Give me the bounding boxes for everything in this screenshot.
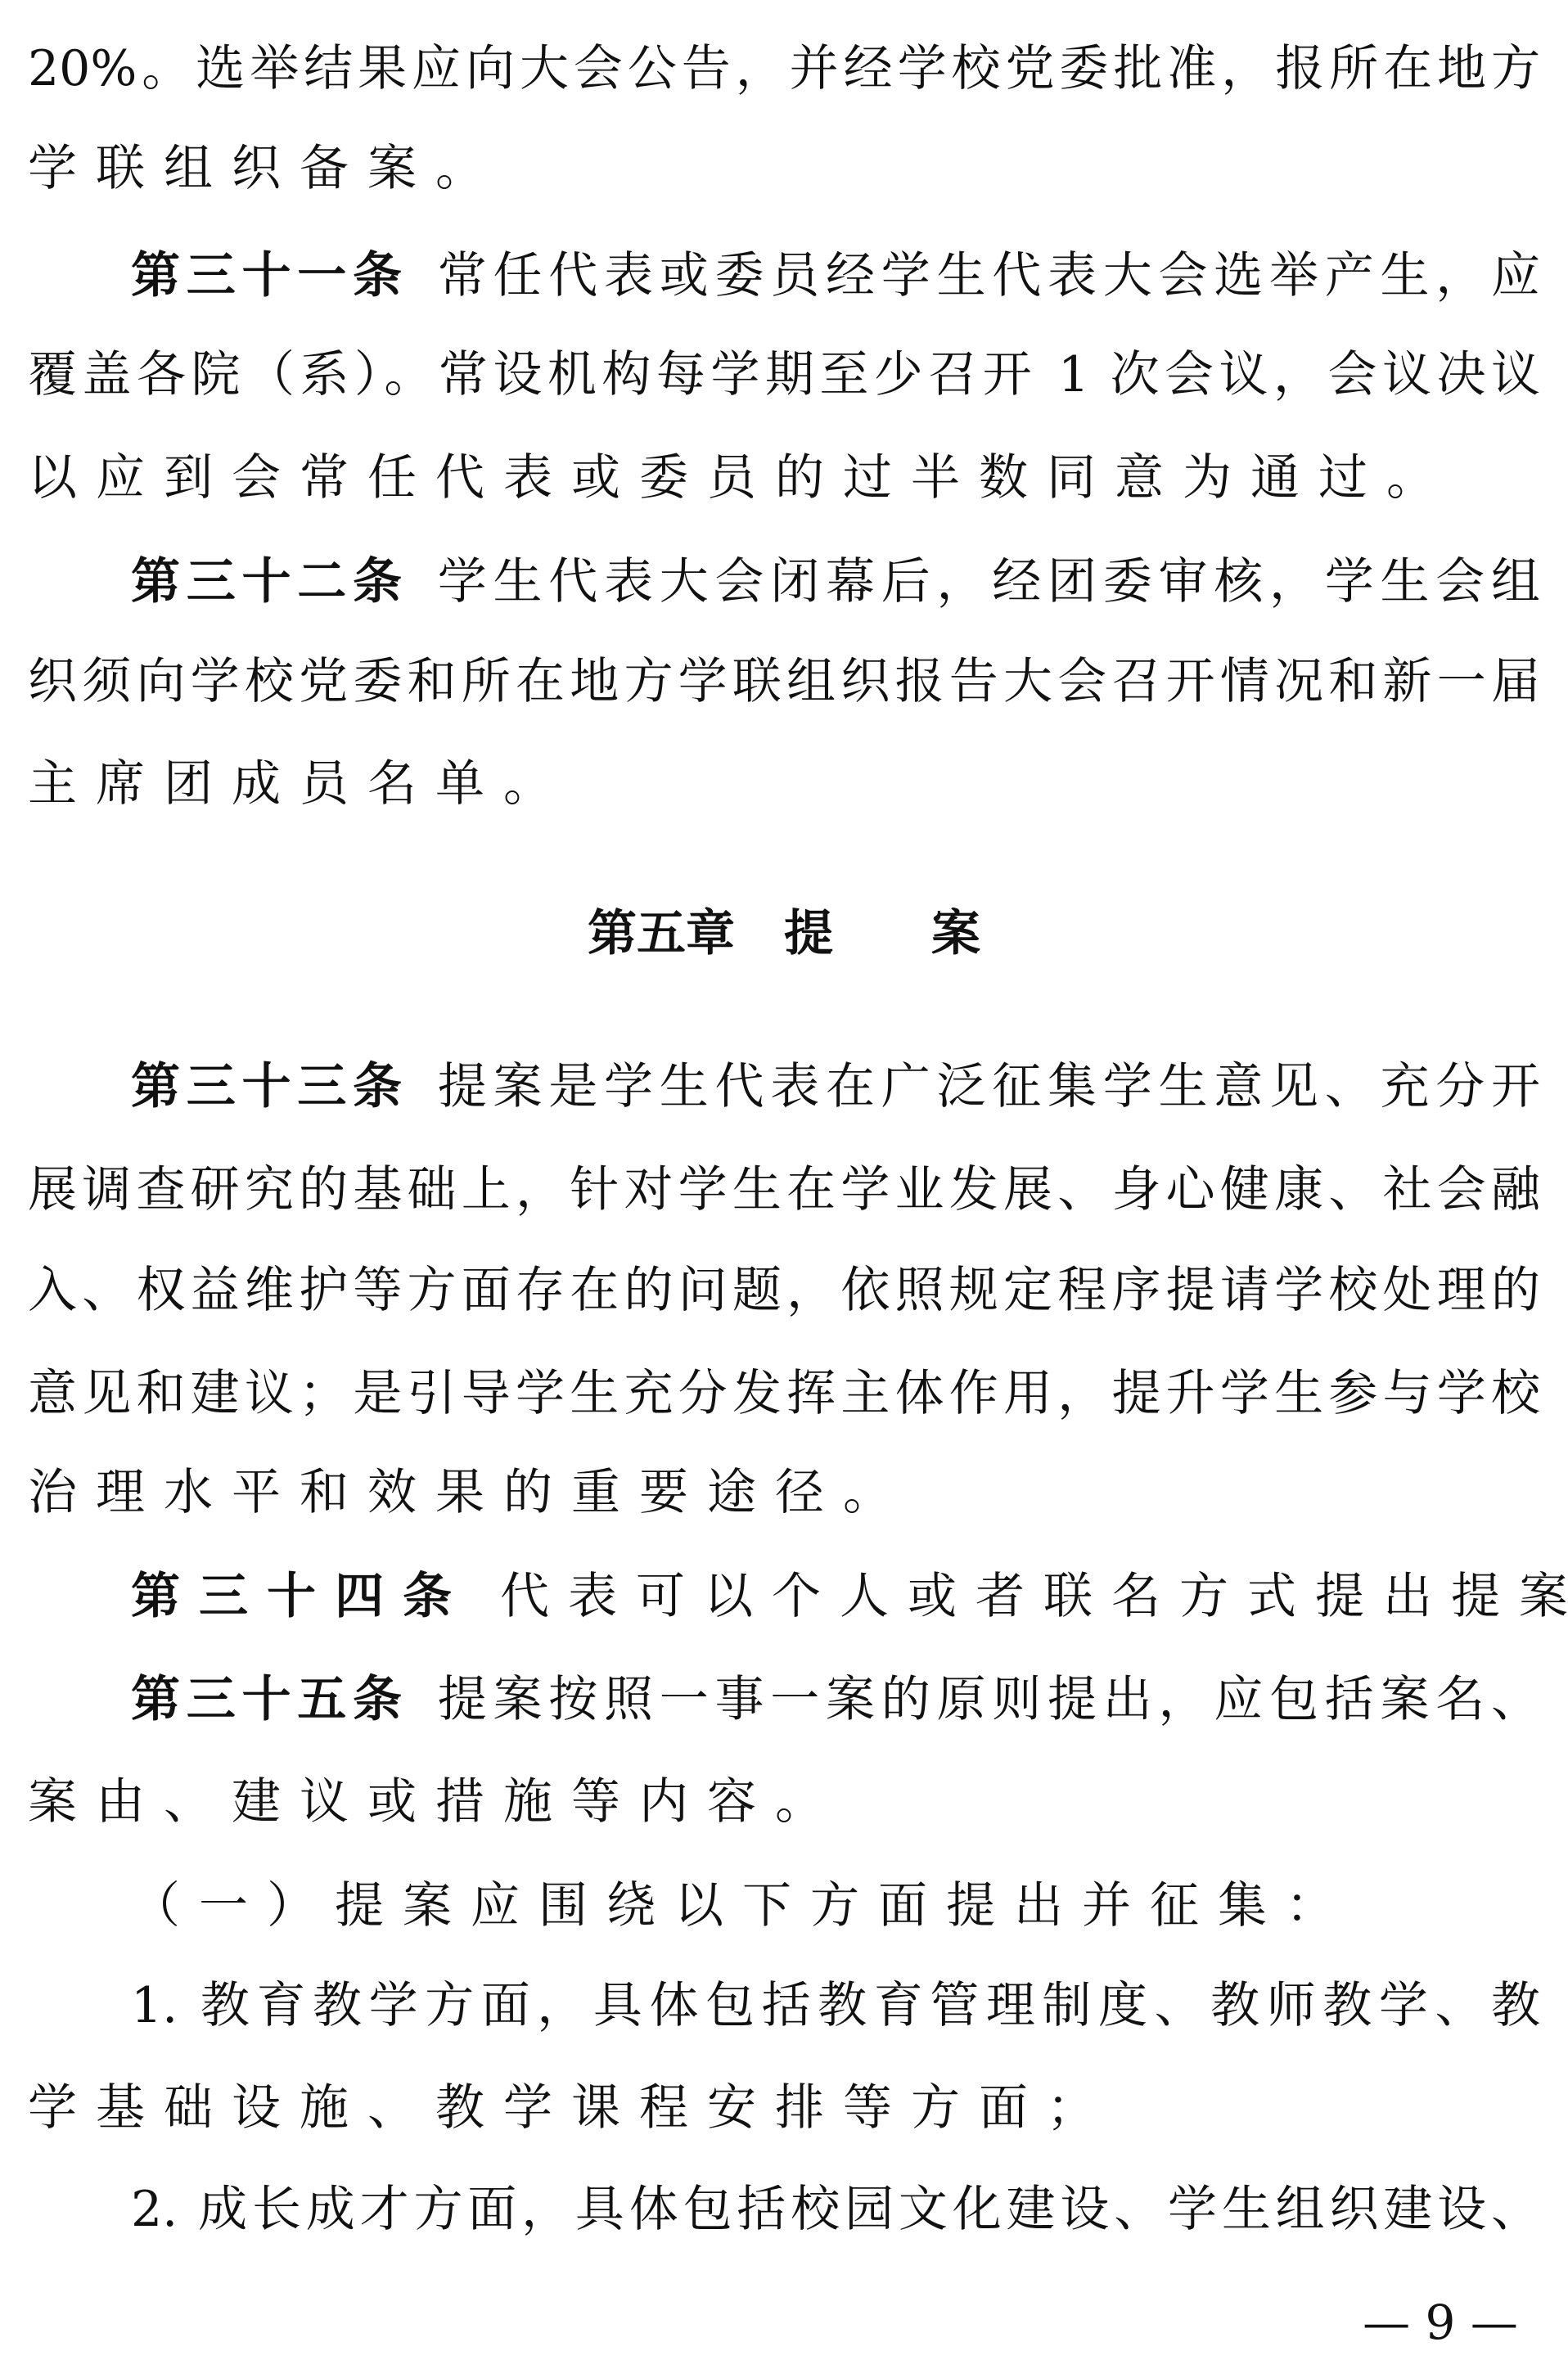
article-text: 常任代表或委员经学生代表大会选举产生，应 bbox=[438, 247, 1540, 304]
paragraph-line: 20%。选举结果应向大会公告，并经学校党委批准，报所在地方 bbox=[28, 36, 1540, 101]
sub-item-heading: （一）提案应围绕以下方面提出并征集： bbox=[131, 1873, 1540, 1939]
article-heading: 第三十四条 bbox=[131, 1568, 471, 1625]
list-item-1: 1. 教育教学方面，具体包括教育管理制度、教师教学、教 bbox=[131, 1973, 1540, 2038]
paragraph-line: 主席团成员名单。 bbox=[28, 751, 1540, 817]
article-text: 提案按照一事一案的原则提出，应包括案名、 bbox=[438, 1671, 1540, 1728]
paragraph-line: 治理水平和效果的重要途径。 bbox=[28, 1460, 1540, 1525]
paragraph-line: 织须向学校党委和所在地方学联组织报告大会召开情况和新一届 bbox=[28, 649, 1540, 714]
paragraph-line: 意见和建议；是引导学生充分发挥主体作用，提升学生参与学校 bbox=[28, 1361, 1540, 1426]
article-35: 第三十五条提案按照一事一案的原则提出，应包括案名、 bbox=[131, 1667, 1540, 1732]
article-text: 代表可以个人或者联名方式提出提案。 bbox=[500, 1568, 1568, 1625]
article-32: 第三十二条学生代表大会闭幕后，经团委审核，学生会组 bbox=[131, 549, 1540, 615]
article-31: 第三十一条常任代表或委员经学生代表大会选举产生，应 bbox=[131, 243, 1540, 309]
chapter-name-char: 提 bbox=[784, 905, 833, 962]
paragraph-line: 学联组织备案。 bbox=[28, 136, 1540, 201]
article-heading: 第三十三条 bbox=[131, 1058, 408, 1115]
article-text: 学生代表大会闭幕后，经团委审核，学生会组 bbox=[438, 553, 1540, 610]
chapter-number: 第五章 bbox=[588, 905, 735, 962]
article-heading: 第三十二条 bbox=[131, 553, 408, 610]
paragraph-line: 学基础设施、教学课程安排等方面； bbox=[28, 2075, 1540, 2141]
paragraph-line: 案由、建议或措施等内容。 bbox=[28, 1769, 1540, 1835]
paragraph-line: 覆盖各院（系）。常设机构每学期至少召开 1 次会议，会议决议 bbox=[28, 342, 1540, 408]
paragraph-line: 以应到会常任代表或委员的过半数同意为通过。 bbox=[28, 445, 1540, 511]
article-text: 提案是学生代表在广泛征集学生意见、充分开 bbox=[438, 1058, 1540, 1115]
list-item-2: 2. 成长成才方面，具体包括校园文化建设、学生组织建设、 bbox=[131, 2177, 1540, 2242]
chapter-title: 第五章提案 bbox=[0, 901, 1568, 966]
chapter-name-char: 案 bbox=[931, 905, 980, 962]
article-33: 第三十三条提案是学生代表在广泛征集学生意见、充分开 bbox=[131, 1054, 1540, 1119]
paragraph-line: 入、权益维护等方面存在的问题，依照规定程序提请学校处理的 bbox=[28, 1258, 1540, 1323]
paragraph-line: 展调查研究的基础上，针对学生在学业发展、身心健康、社会融 bbox=[28, 1157, 1540, 1223]
article-34: 第三十四条代表可以个人或者联名方式提出提案。 bbox=[131, 1564, 1540, 1629]
article-heading: 第三十一条 bbox=[131, 247, 408, 304]
page-number: — 9 — bbox=[1342, 2290, 1539, 2355]
article-heading: 第三十五条 bbox=[131, 1671, 408, 1728]
